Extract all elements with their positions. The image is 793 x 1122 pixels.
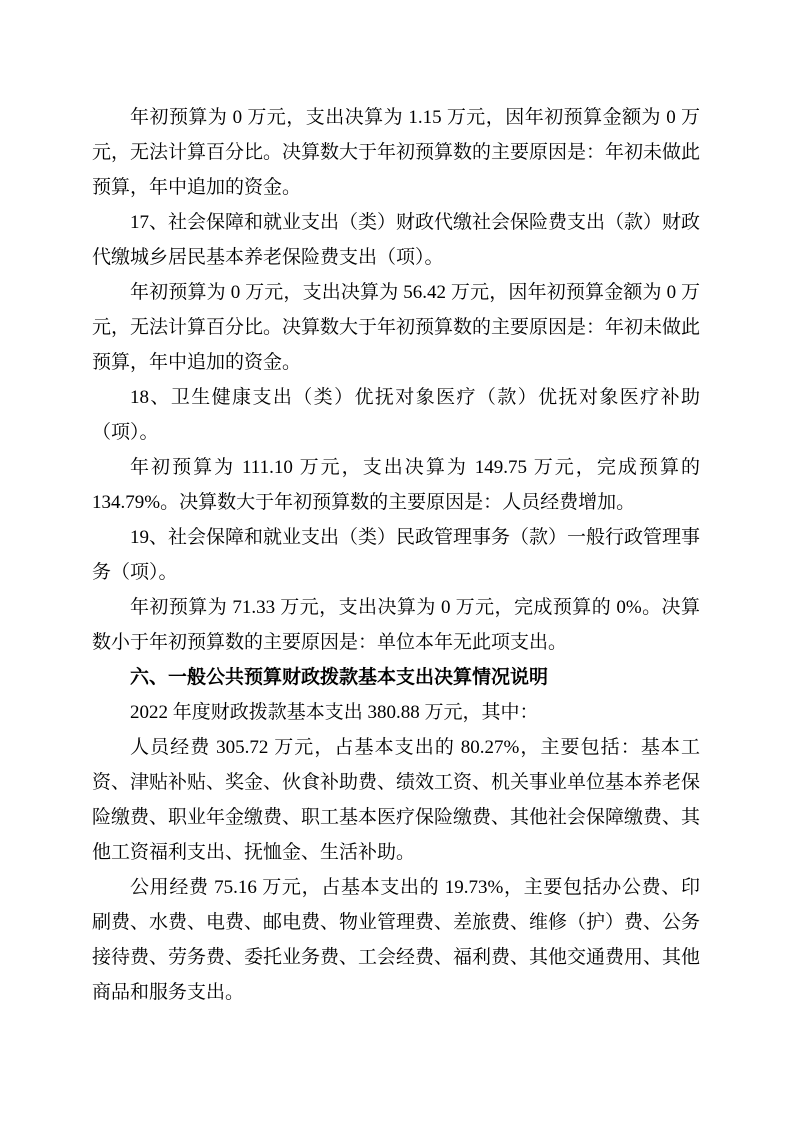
paragraph: 年初预算为 71.33 万元，支出决算为 0 万元，完成预算的 0%。决算数小于… — [92, 590, 700, 660]
document-page: 年初预算为 0 万元，支出决算为 1.15 万元，因年初预算金额为 0 万元，无… — [0, 0, 793, 1122]
document-body: 年初预算为 0 万元，支出决算为 1.15 万元，因年初预算金额为 0 万元，无… — [92, 100, 700, 1010]
paragraph: 年初预算为 0 万元，支出决算为 1.15 万元，因年初预算金额为 0 万元，无… — [92, 100, 700, 205]
paragraph: 2022 年度财政拨款基本支出 380.88 万元，其中： — [92, 695, 700, 730]
paragraph: 年初预算为 111.10 万元，支出决算为 149.75 万元，完成预算的 13… — [92, 450, 700, 520]
paragraph: 人员经费 305.72 万元，占基本支出的 80.27%，主要包括：基本工资、津… — [92, 730, 700, 870]
paragraph: 18、卫生健康支出（类）优抚对象医疗（款）优抚对象医疗补助（项）。 — [92, 380, 700, 450]
paragraph: 19、社会保障和就业支出（类）民政管理事务（款）一般行政管理事务（项）。 — [92, 520, 700, 590]
paragraph: 17、社会保障和就业支出（类）财政代缴社会保险费支出（款）财政代缴城乡居民基本养… — [92, 205, 700, 275]
section-heading: 六、一般公共预算财政拨款基本支出决算情况说明 — [92, 660, 700, 695]
paragraph: 公用经费 75.16 万元，占基本支出的 19.73%，主要包括办公费、印刷费、… — [92, 870, 700, 1010]
paragraph: 年初预算为 0 万元，支出决算为 56.42 万元，因年初预算金额为 0 万元，… — [92, 275, 700, 380]
